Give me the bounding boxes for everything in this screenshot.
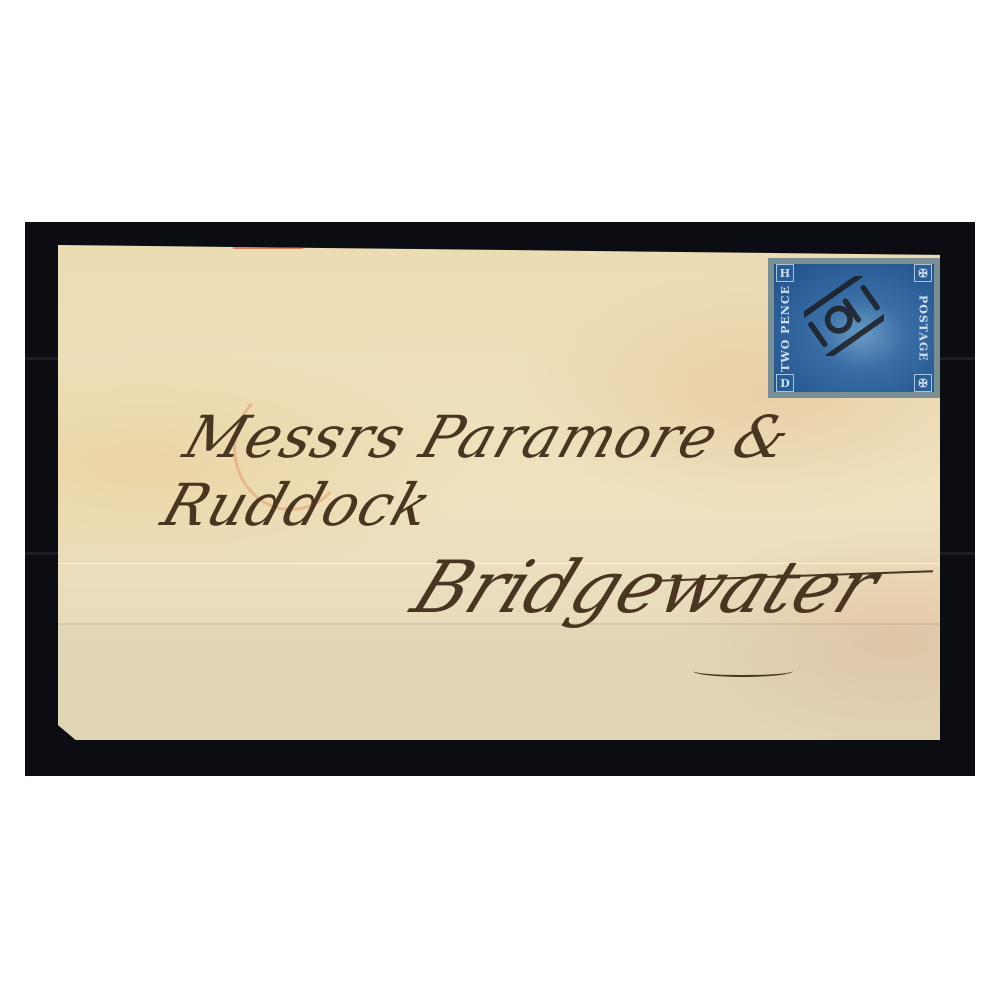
cancellation-mark-icon [804,276,884,356]
stamp-design: H D ✠ ✠ TWO PENCE POSTAGE [774,264,934,392]
address-line-addressee: Messrs Paramore & Ruddock [154,403,962,539]
stamp-corner-ornament-icon: ✠ [914,374,932,392]
stamp-corner-letter: D [776,374,794,392]
postage-stamp: H D ✠ ✠ TWO PENCE POSTAGE [768,258,940,398]
address-line-town: Bridgewater [401,545,891,629]
address-flourish [693,665,793,677]
lower-flap [58,625,940,740]
stamp-postage-label: POSTAGE [914,280,932,376]
stamp-value-label: TWO PENCE [776,280,794,376]
